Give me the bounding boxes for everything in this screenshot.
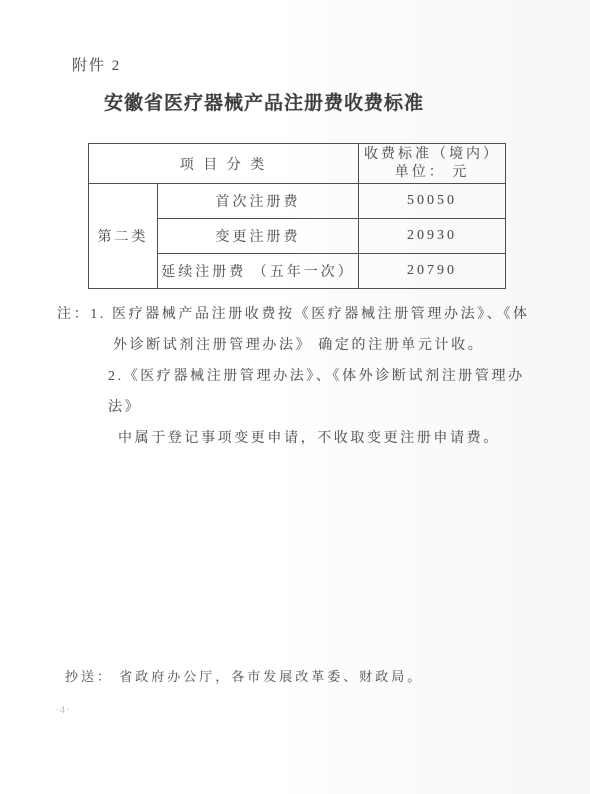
header-fee-cell: 收费标准（境内） 单位： 元 — [359, 144, 506, 184]
item-cell-first-registration: 首次注册费 — [158, 184, 359, 219]
item-cell-renewal-registration: 延续注册费 （五年一次） — [158, 254, 359, 289]
header-category-cell: 项 目 分 类 — [89, 144, 359, 184]
notes-section: 注：1. 医疗器械产品注册收费按《医疗器械注册管理办法》、《体 外诊断试剂注册管… — [57, 299, 547, 454]
note1-line1-text: 1. 医疗器械产品注册收费按《医疗器械注册管理办法》、《体 — [90, 307, 529, 322]
note2-line1: 2.《医疗器械注册管理办法》、《体外诊断试剂注册管理办法》 — [57, 361, 547, 423]
table-header-row: 项 目 分 类 收费标准（境内） 单位： 元 — [89, 144, 506, 184]
attachment-label: 附件 2 — [72, 54, 121, 75]
fee-cell-first-registration: 50050 — [359, 184, 506, 219]
fee-cell-renewal-registration: 20790 — [359, 254, 506, 289]
note1-line1: 注：1. 医疗器械产品注册收费按《医疗器械注册管理办法》、《体 — [57, 299, 547, 330]
class-label-cell: 第二类 — [89, 184, 158, 289]
header-fee-line1: 收费标准（境内） — [359, 146, 505, 164]
page-number-mark: ·4· — [55, 704, 71, 716]
table-row: 第二类 首次注册费 50050 — [89, 184, 506, 219]
cc-distribution-line: 抄送： 省政府办公厅，各市发展改革委、财政局。 — [65, 666, 423, 685]
header-fee-line2: 单位： 元 — [359, 164, 505, 182]
scanned-document-page: 附件 2 安徽省医疗器械产品注册费收费标准 项 目 分 类 收费标准（境内） 单… — [0, 0, 590, 794]
note2-line2: 中属于登记事项变更申请，不收取变更注册申请费。 — [57, 423, 547, 454]
fee-table: 项 目 分 类 收费标准（境内） 单位： 元 第二类 首次注册费 50050 变… — [88, 143, 506, 289]
notes-label: 注： — [57, 307, 90, 322]
item-cell-change-registration: 变更注册费 — [158, 219, 359, 254]
note1-line2: 外诊断试剂注册管理办法》 确定的注册单元计收。 — [57, 330, 547, 361]
document-title: 安徽省医疗器械产品注册费收费标准 — [0, 88, 528, 115]
fee-cell-change-registration: 20930 — [359, 219, 506, 254]
